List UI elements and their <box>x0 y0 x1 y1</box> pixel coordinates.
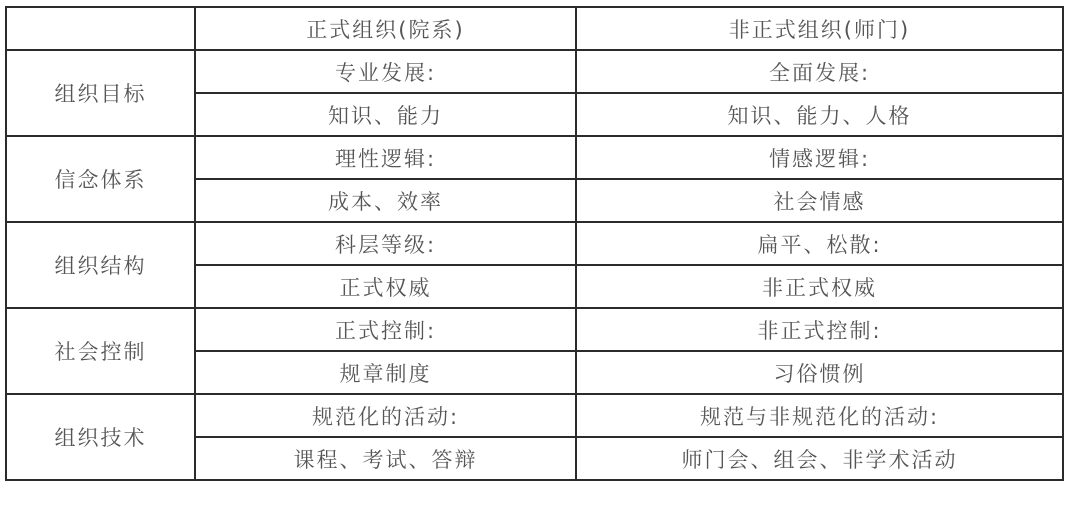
informal-cell: 师门会、组会、非学术活动 <box>576 437 1063 480</box>
informal-cell: 全面发展: <box>576 50 1063 93</box>
informal-cell: 非正式权威 <box>576 265 1063 308</box>
informal-cell: 扁平、松散: <box>576 222 1063 265</box>
formal-cell: 成本、效率 <box>195 179 576 222</box>
category-cell: 组织目标 <box>6 50 195 136</box>
formal-cell: 正式控制: <box>195 308 576 351</box>
header-informal: 非正式组织(师门) <box>576 7 1063 50</box>
informal-cell: 非正式控制: <box>576 308 1063 351</box>
header-formal: 正式组织(院系) <box>195 7 576 50</box>
formal-cell: 理性逻辑: <box>195 136 576 179</box>
table-row: 组织技术 规范化的活动: 规范与非规范化的活动: <box>6 394 1063 437</box>
informal-cell: 习俗惯例 <box>576 351 1063 394</box>
formal-cell: 规范化的活动: <box>195 394 576 437</box>
category-cell: 组织结构 <box>6 222 195 308</box>
formal-cell: 科层等级: <box>195 222 576 265</box>
formal-cell: 课程、考试、答辩 <box>195 437 576 480</box>
category-cell: 组织技术 <box>6 394 195 480</box>
informal-cell: 情感逻辑: <box>576 136 1063 179</box>
table-row: 组织目标 专业发展: 全面发展: <box>6 50 1063 93</box>
formal-cell: 知识、能力 <box>195 93 576 136</box>
informal-cell: 社会情感 <box>576 179 1063 222</box>
category-cell: 社会控制 <box>6 308 195 394</box>
informal-cell: 知识、能力、人格 <box>576 93 1063 136</box>
formal-cell: 正式权威 <box>195 265 576 308</box>
category-cell: 信念体系 <box>6 136 195 222</box>
formal-cell: 规章制度 <box>195 351 576 394</box>
comparison-table: 正式组织(院系) 非正式组织(师门) 组织目标 专业发展: 全面发展: 知识、能… <box>5 6 1064 481</box>
formal-cell: 专业发展: <box>195 50 576 93</box>
table-row: 组织结构 科层等级: 扁平、松散: <box>6 222 1063 265</box>
header-row: 正式组织(院系) 非正式组织(师门) <box>6 7 1063 50</box>
table-row: 信念体系 理性逻辑: 情感逻辑: <box>6 136 1063 179</box>
header-empty <box>6 7 195 50</box>
informal-cell: 规范与非规范化的活动: <box>576 394 1063 437</box>
table-row: 社会控制 正式控制: 非正式控制: <box>6 308 1063 351</box>
